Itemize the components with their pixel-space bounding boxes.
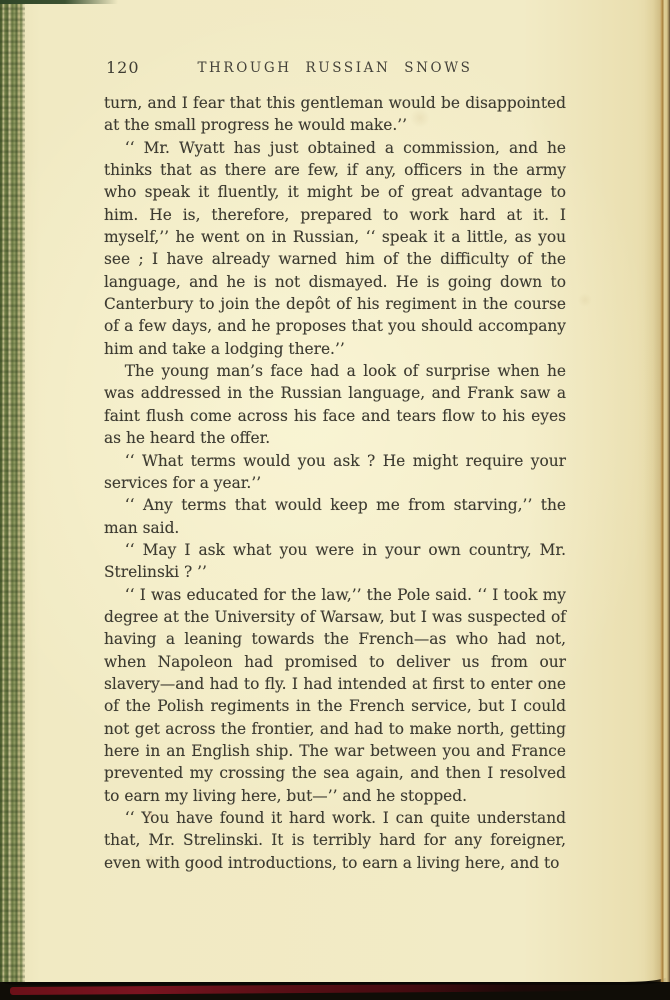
book-page-scan: 120 THROUGH RUSSIAN SNOWS turn, and I fe… [0,0,670,1000]
paragraph: turn, and I fear that this gentleman wou… [104,92,566,137]
page-header: 120 THROUGH RUSSIAN SNOWS [104,58,566,82]
running-title: THROUGH RUSSIAN SNOWS [104,60,566,76]
paragraph: ‘‘ Mr. Wyatt has just obtained a commiss… [104,137,566,360]
right-page-edge [644,0,670,982]
text-column: 120 THROUGH RUSSIAN SNOWS turn, and I fe… [104,58,566,874]
paragraph: ‘‘ Any terms that would keep me from sta… [104,494,566,539]
paragraph: ‘‘ You have found it hard work. I can qu… [104,807,566,874]
paragraph: ‘‘ I was educated for the law,’’ the Pol… [104,584,566,807]
top-edge-shadow [0,0,118,4]
paper-page: 120 THROUGH RUSSIAN SNOWS turn, and I fe… [0,0,670,982]
binding-deckle-edge [0,0,25,982]
book-cover-maroon-edge [10,983,600,995]
body-text: turn, and I fear that this gentleman wou… [104,92,566,874]
paragraph: The young man’s face had a look of surpr… [104,360,566,449]
paragraph: ‘‘ What terms would you ask ? He might r… [104,450,566,495]
paragraph: ‘‘ May I ask what you were in your own c… [104,539,566,584]
